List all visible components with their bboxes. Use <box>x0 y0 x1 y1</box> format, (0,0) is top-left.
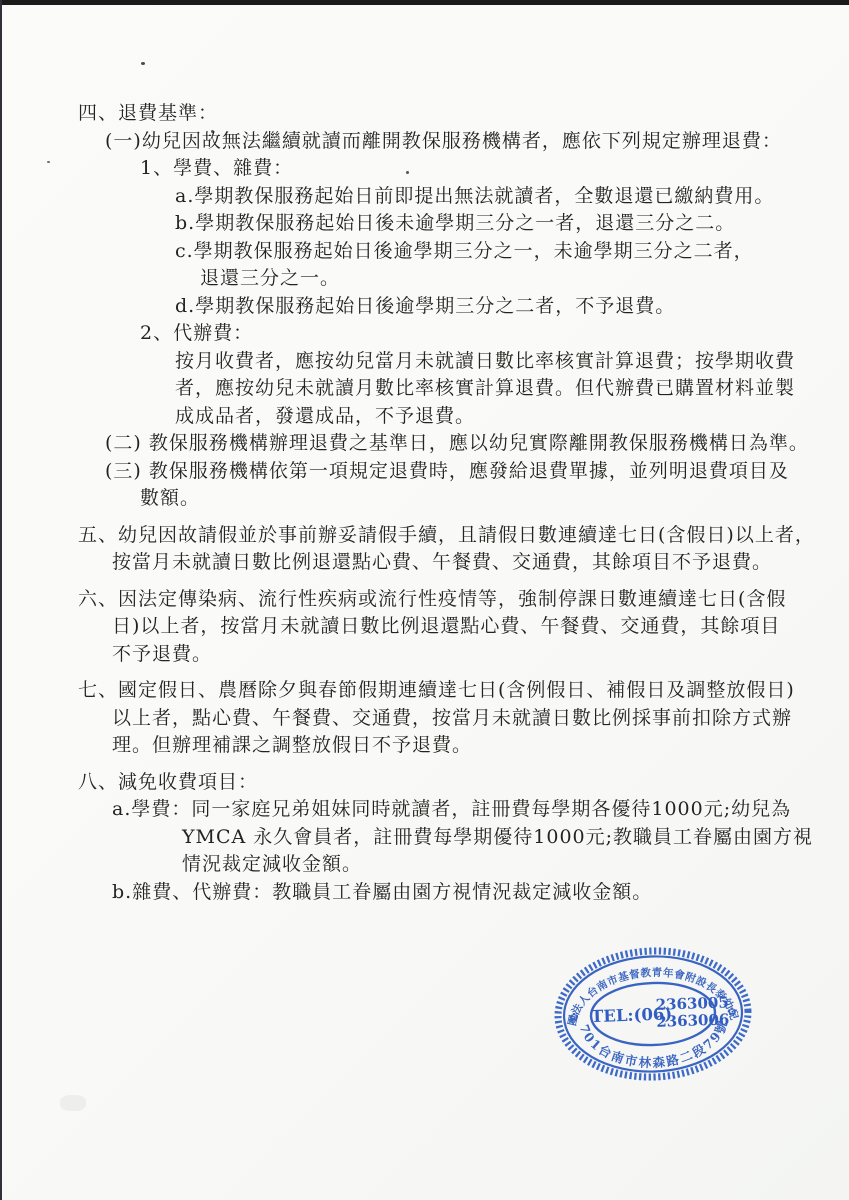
document-line: b.學期教保服務起始日後未逾學期三分之一者，退還三分之二。 <box>175 210 849 238</box>
document-line: 理。但辦理補課之調整放假日不予退費。 <box>112 732 849 760</box>
document-line: (一)幼兒因故無法繼續就讀而離開教保服務機構者，應依下列規定辦理退費： <box>105 128 849 156</box>
document-line: b.雜費、代辦費：教職員工眷屬由園方視情況裁定減收金額。 <box>112 879 849 907</box>
section-refund-basis: 四、退費基準： (一)幼兒因故無法繼續就讀而離開教保服務機構者，應依下列規定辦理… <box>0 100 849 513</box>
section-holiday-refund: 七、國定假日、農曆除夕與春節假期連續達七日(含例假日、補假日及調整放假日) 以上… <box>0 677 849 760</box>
document-line: (三) 教保服務機構依第一項規定退費時，應發給退費單據，並列明退費項目及 <box>105 458 849 486</box>
document-line: 按當月未就讀日數比例退還點心費、午餐費、交通費，其餘項目不予退費。 <box>112 549 849 577</box>
document-line: 八、減免收費項目： <box>78 769 849 797</box>
document-line: 四、退費基準： <box>78 100 849 128</box>
document-line: 不予退費。 <box>112 641 849 669</box>
document-body: 四、退費基準： (一)幼兒因故無法繼續就讀而離開教保服務機構者，應依下列規定辦理… <box>0 100 849 906</box>
document-line: 者，應按幼兒未就讀月數比率核實計算退費。但代辦費已購置材料並製 <box>175 375 849 403</box>
seal-phone-2: 2363006 <box>656 1010 730 1031</box>
document-line: 情況裁定減收金額。 <box>182 851 849 879</box>
document-line: 五、幼兒因故請假並於事前辦妥請假手續，且請假日數連續達七日(含假日)以上者， <box>78 522 849 550</box>
official-seal-stamp: 財團法人台南市基督教青年會附設長泰幼兒園 701台南市林森路二段79號 ✿ ✿ … <box>549 940 758 1087</box>
section-epidemic-refund: 六、因法定傳染病、流行性疾病或流行性疫情等，強制停課日數連續達七日(含假 日)以… <box>0 586 849 669</box>
plum-blossom-icon-left: ✿ <box>569 1011 579 1024</box>
scanned-document-page: 四、退費基準： (一)幼兒因故無法繼續就讀而離開教保服務機構者，應依下列規定辦理… <box>0 0 849 1200</box>
document-line: 1、學費、雜費： <box>140 155 849 183</box>
document-line: a.學期教保服務起始日前即提出無法就讀者，全數退還已繳納費用。 <box>175 183 849 211</box>
document-line: 日)以上者，按當月未就讀日數比例退還點心費、午餐費、交通費，其餘項目 <box>112 613 849 641</box>
document-line: 按月收費者，應按幼兒當月未就讀日數比率核實計算退費；按學期收費 <box>175 348 849 376</box>
document-line: 七、國定假日、農曆除夕與春節假期連續達七日(含例假日、補假日及調整放假日) <box>78 677 849 705</box>
scan-smudge <box>60 1095 86 1111</box>
section-fee-reduction: 八、減免收費項目： a.學費：同一家庭兄弟姐妹同時就讀者，註冊費每學期各優待10… <box>0 769 849 907</box>
document-line: 退還三分之一。 <box>200 265 849 293</box>
document-line: 以上者，點心費、午餐費、交通費，按當月未就讀日數比例採事前扣除方式辦 <box>112 705 849 733</box>
document-line: 數額。 <box>140 485 849 513</box>
document-line: 成成品者，發還成品，不予退費。 <box>175 403 849 431</box>
scan-speck <box>141 62 145 65</box>
scan-edge-top <box>0 0 849 5</box>
document-line: (二) 教保服務機構辦理退費之基準日，應以幼兒實際離開教保服務機構日為準。 <box>105 430 849 458</box>
document-line: d.學期教保服務起始日後逾學期三分之二者，不予退費。 <box>175 293 849 321</box>
document-line: c.學期教保服務起始日後逾學期三分之一，未逾學期三分之二者， <box>175 238 849 266</box>
document-line: 2、代辦費： <box>140 320 849 348</box>
document-line: 六、因法定傳染病、流行性疾病或流行性疫情等，強制停課日數連續達七日(含假 <box>78 586 849 614</box>
document-line: YMCA 永久會員者，註冊費每學期優待1000元;教職員工眷屬由園方視 <box>182 824 849 852</box>
document-line: a.學費：同一家庭兄弟姐妹同時就讀者，註冊費每學期各優待1000元;幼兒為 <box>112 796 849 824</box>
section-leave-refund: 五、幼兒因故請假並於事前辦妥請假手續，且請假日數連續達七日(含假日)以上者， 按… <box>0 522 849 577</box>
